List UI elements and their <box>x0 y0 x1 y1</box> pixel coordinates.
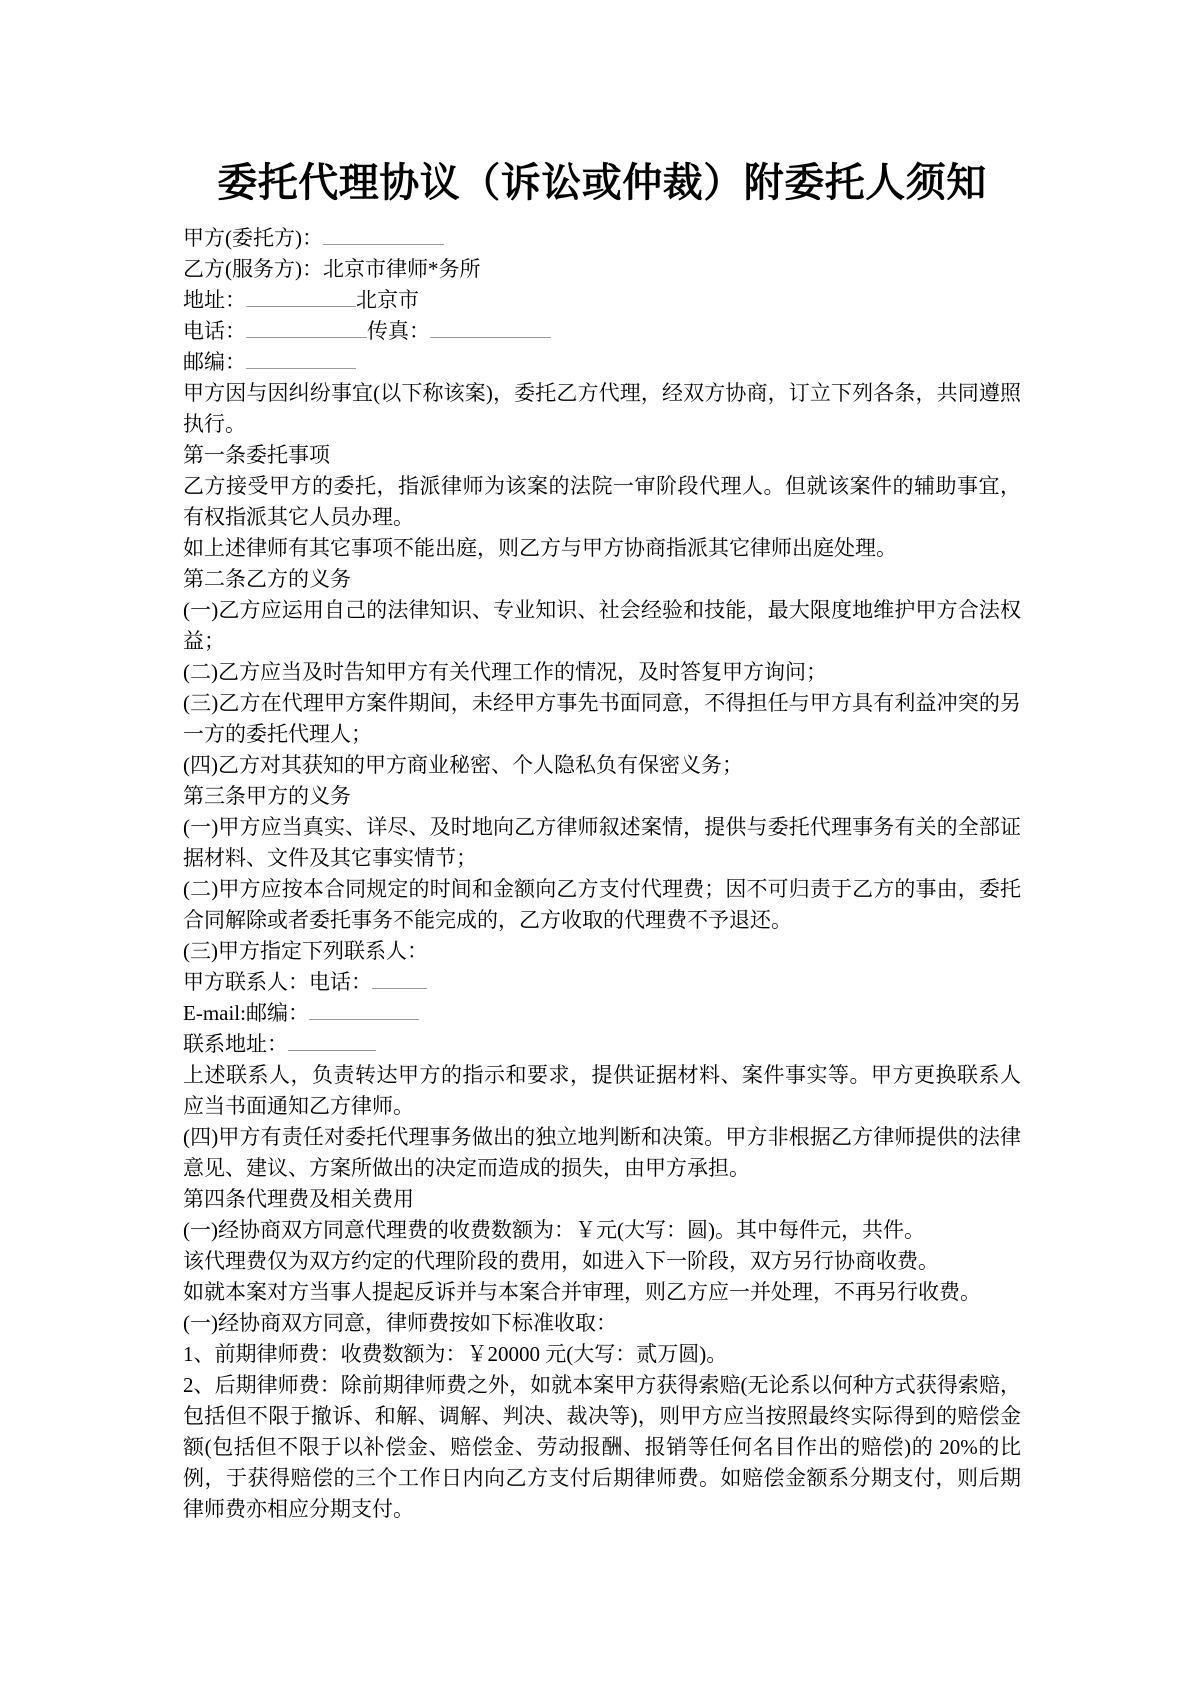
document-paragraph: 1、前期律师费：收费数额为：￥20000 元(大写：贰万圆)。 <box>183 1339 1021 1370</box>
document-paragraph: 第三条甲方的义务 <box>183 781 1021 812</box>
document-paragraph: 第二条乙方的义务 <box>183 564 1021 595</box>
fill-in-blank-line <box>288 1030 376 1051</box>
document-paragraph: 甲方因与因纠纷事宜(以下称该案)，委托乙方代理，经双方协商，订立下列各条，共同遵… <box>183 378 1021 440</box>
document-paragraph: 该代理费仅为双方约定的代理阶段的费用，如进入下一阶段，双方另行协商收费。 <box>183 1246 1021 1277</box>
document-paragraph: (一)甲方应当真实、详尽、及时地向乙方律师叙述案情，提供与委托代理事务有关的全部… <box>183 812 1021 874</box>
fill-in-blank-line <box>309 999 419 1020</box>
document-paragraph: (四)甲方有责任对委托代理事务做出的独立地判断和决策。甲方非根据乙方律师提供的法… <box>183 1122 1021 1184</box>
fill-in-blank-line <box>323 224 444 245</box>
fill-in-blank-line <box>372 968 427 989</box>
document-paragraph: (三)甲方指定下列联系人： <box>183 936 1021 967</box>
document-title: 委托代理协议（诉讼或仲裁）附委托人须知 <box>183 160 1021 206</box>
contract-document: 委托代理协议（诉讼或仲裁）附委托人须知 甲方(委托方)：乙方(服务方)：北京市律… <box>0 0 1190 1525</box>
document-paragraph: 联系地址： <box>183 1029 1021 1060</box>
document-paragraph: (一)经协商双方同意，律师费按如下标准收取： <box>183 1308 1021 1339</box>
document-paragraph: 地址：北京市 <box>183 285 1021 316</box>
document-paragraph: 甲方(委托方)： <box>183 223 1021 254</box>
fill-in-blank-line <box>246 317 367 338</box>
document-paragraph: 乙方(服务方)：北京市律师*务所 <box>183 254 1021 285</box>
document-paragraph: 如就本案对方当事人提起反诉并与本案合并审理，则乙方应一并处理，不再另行收费。 <box>183 1277 1021 1308</box>
document-paragraph: (二)甲方应按本合同规定的时间和金额向乙方支付代理费；因不可归责于乙方的事由，委… <box>183 874 1021 936</box>
document-paragraph: 如上述律师有其它事项不能出庭，则乙方与甲方协商指派其它律师出庭处理。 <box>183 533 1021 564</box>
document-paragraph: (二)乙方应当及时告知甲方有关代理工作的情况，及时答复甲方询问； <box>183 657 1021 688</box>
document-paragraph: 乙方接受甲方的委托，指派律师为该案的法院一审阶段代理人。但就该案件的辅助事宜，有… <box>183 471 1021 533</box>
document-paragraph: E-mail:邮编： <box>183 998 1021 1029</box>
document-paragraph: 2、后期律师费：除前期律师费之外，如就本案甲方获得索赔(无论系以何种方式获得索赔… <box>183 1370 1021 1525</box>
document-page: 委托代理协议（诉讼或仲裁）附委托人须知 甲方(委托方)：乙方(服务方)：北京市律… <box>0 0 1190 1683</box>
document-paragraph: 第一条委托事项 <box>183 440 1021 471</box>
fill-in-blank-line <box>246 286 356 307</box>
document-paragraph: (三)乙方在代理甲方案件期间，未经甲方事先书面同意，不得担任与甲方具有利益冲突的… <box>183 688 1021 750</box>
document-paragraph: (一)经协商双方同意代理费的收费数额为：￥元(大写：圆)。其中每件元，共件。 <box>183 1215 1021 1246</box>
document-paragraph: 甲方联系人：电话： <box>183 967 1021 998</box>
document-paragraph: 邮编： <box>183 347 1021 378</box>
fill-in-blank-line <box>430 317 551 338</box>
document-paragraph: 电话：传真： <box>183 316 1021 347</box>
document-paragraph: 第四条代理费及相关费用 <box>183 1184 1021 1215</box>
document-paragraph: (一)乙方应运用自己的法律知识、专业知识、社会经验和技能，最大限度地维护甲方合法… <box>183 595 1021 657</box>
fill-in-blank-line <box>246 348 356 369</box>
document-paragraph: (四)乙方对其获知的甲方商业秘密、个人隐私负有保密义务； <box>183 750 1021 781</box>
document-body: 甲方(委托方)：乙方(服务方)：北京市律师*务所地址：北京市电话：传真：邮编：甲… <box>183 223 1021 1525</box>
document-paragraph: 上述联系人，负责转达甲方的指示和要求，提供证据材料、案件事实等。甲方更换联系人应… <box>183 1060 1021 1122</box>
